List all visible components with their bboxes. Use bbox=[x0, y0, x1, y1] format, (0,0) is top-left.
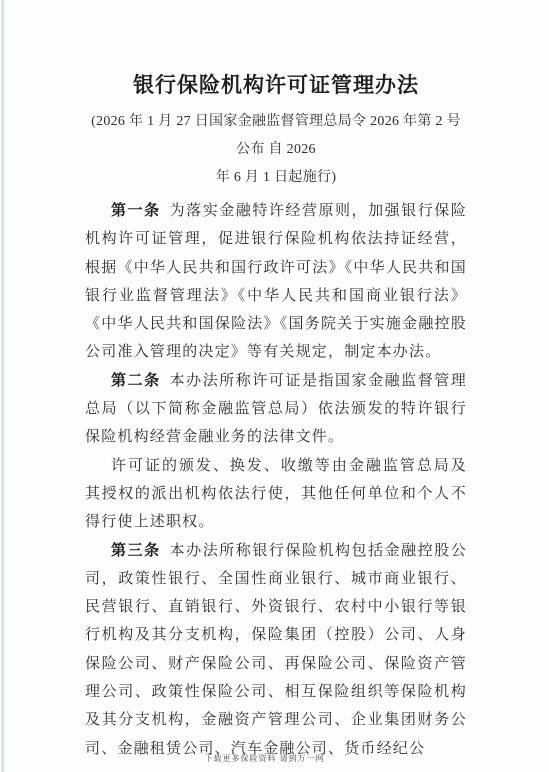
article-1-text: 为落实金融特许经营原则，加强银行保险机构许可证管理，促进银行保险机构依法持证经营… bbox=[85, 203, 467, 360]
article-2b-text: 许可证的颁发、换发、收缴等由金融监管总局及其授权的派出机构依法行使，其他任何单位… bbox=[85, 458, 467, 531]
document-body: 第一条为落实金融特许经营原则，加强银行保险机构许可证管理，促进银行保险机构依法持… bbox=[85, 197, 467, 763]
page-left-edge bbox=[1, 0, 5, 772]
article-3-text: 本办法所称银行保险机构包括金融控股公司，政策性银行、全国性商业银行、城市商业银行… bbox=[85, 543, 467, 757]
document-page: 银行保险机构许可证管理办法 (2026 年 1 月 27 日国家金融监督管理总局… bbox=[0, 0, 549, 772]
paragraph-article-2: 第二条本办法所称许可证是指国家金融监督管理总局（以下简称金融监管总局）依法颁发的… bbox=[85, 367, 467, 452]
article-1-number: 第一条 bbox=[111, 203, 161, 219]
document-title: 银行保险机构许可证管理办法 bbox=[85, 70, 467, 100]
paragraph-article-1: 第一条为落实金融特许经营原则，加强银行保险机构许可证管理，促进银行保险机构依法持… bbox=[85, 197, 467, 367]
promulgation-note: (2026 年 1 月 27 日国家金融监督管理总局令 2026 年第 2 号公… bbox=[85, 108, 467, 192]
paragraph-article-3: 第三条本办法所称银行保险机构包括金融控股公司，政策性银行、全国性商业银行、城市商… bbox=[85, 537, 467, 763]
promulgation-line-2: 年 6 月 1 日起施行) bbox=[85, 164, 467, 192]
paragraph-article-2-continuation: 许可证的颁发、换发、收缴等由金融监管总局及其授权的派出机构依法行使，其他任何单位… bbox=[85, 452, 467, 537]
article-2-number: 第二条 bbox=[111, 373, 161, 389]
document-content: 银行保险机构许可证管理办法 (2026 年 1 月 27 日国家金融监督管理总局… bbox=[85, 0, 467, 763]
article-3-number: 第三条 bbox=[111, 543, 161, 559]
promulgation-line-1: (2026 年 1 月 27 日国家金融监督管理总局令 2026 年第 2 号公… bbox=[85, 108, 467, 164]
footer-watermark: 下载更多保险资料 请到万一网 bbox=[0, 753, 539, 765]
